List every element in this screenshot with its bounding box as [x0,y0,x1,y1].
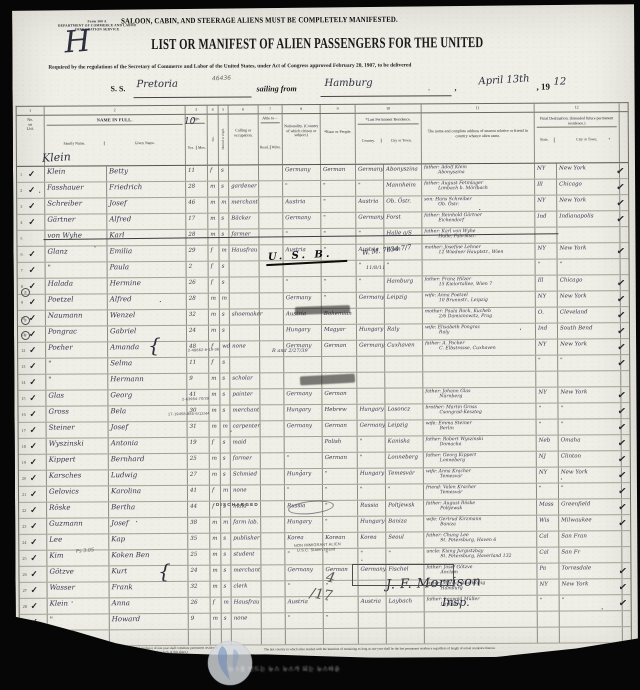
cell-age: 17 [186,214,208,229]
header-occupation: Calling or occupation. [229,114,259,164]
document-subtitle: Required by the regulations of the Secre… [48,62,500,71]
row-checkmark: ✓ [30,490,37,500]
cell-rw [262,581,286,596]
cell-race: " [323,501,358,516]
row-checkmark: ✓ [28,218,35,228]
column-number: 8 [283,105,321,113]
cell-rel: father: August FetmlagerLimbach b. Mörlb… [422,180,535,196]
cell-rchk [620,227,626,242]
header-age: Age. Yrs. Mos. [186,115,208,165]
cell-sex: m [209,310,220,325]
inspection-checkmark: ✓ [617,438,627,451]
cell-dcity: Indianapolis [557,211,620,226]
cell-race: " [321,197,356,212]
cell-dst: " [537,420,559,435]
cell-family [48,630,110,645]
cell-rw [260,389,284,404]
cell-sex: m [210,422,221,437]
cell-occ: Hausfrau [229,245,259,260]
cell-dcity: New York [559,467,622,482]
cell-ms: s [220,390,230,405]
cell-dcity: Omaha [559,435,622,450]
cell-family: von Wyhe [45,230,107,245]
cell-rw [260,261,284,276]
cell-rchk: ✓ [623,595,629,610]
cell-given: Selma [108,358,187,373]
cell-rchk: ✓ [621,339,627,354]
cell-given: Josef [109,518,188,533]
cell-rel: father: Georg KippertLonneberg [424,452,537,468]
row-checkmark: ✓ [30,458,37,468]
cell-family: Guzmann [47,518,109,533]
cell-sex: m [210,534,221,549]
row-checkmark: ✓ [28,202,35,212]
cell-no: 19✓ [19,455,47,470]
cell-rw [262,613,286,628]
cell-rel: wife: Anna Poetzel10 Brunnstr., Leipzig [423,292,536,308]
cell-ms: s [220,374,230,389]
cell-given: Josef [109,422,188,437]
header-destination-state: State. [535,138,555,143]
cell-occ: merchant [231,565,261,580]
header-family-name: Family Name. [45,141,105,146]
cell-rw [262,597,286,612]
cell-no: 10✓ [18,311,46,326]
cell-age: 41 [187,390,209,405]
cell-no: 11✓ [18,327,46,342]
cell-occ: clerk [232,581,262,596]
cell-resci: Cuxhaven [385,340,423,355]
header-destination-group: Final Destination. (Intended future perm… [535,112,620,163]
cell-rchk [621,371,627,386]
cell-sex: f [210,502,221,517]
cell-ms: s [219,230,229,245]
header-marital: Married or single. [219,115,229,165]
cell-dcity: Greenfield [559,499,622,514]
cell-no: 25✓ [19,551,47,566]
cell-rel: sister: Margarethe KönigHamburg [425,580,538,596]
cell-family: Halada [46,278,108,293]
cell-rchk: ✓ [621,275,627,290]
cell-resc: Korea [358,533,386,548]
inspection-checkmark: ✓ [617,470,627,483]
cell-sex: m [209,326,220,341]
cell-dcity: " [559,419,622,434]
cell-no: 2✓ [17,183,45,198]
cell-nat [284,373,322,388]
cell-rel: father: August RöskePoltjewsk [424,500,537,516]
manifest-rows: 1✓KleinBetty11fsGermanyGermanGermanyAbon… [17,163,631,647]
cell-occ: maid [231,501,261,516]
row-checkmark: ✓ [31,602,38,612]
header-residence-country: Country. [356,138,382,143]
row-checkmark: ✓ [29,362,36,372]
cell-family: Kim [47,550,109,565]
cell-occ: Schmied [231,469,261,484]
cell-ms: m [219,246,229,261]
cell-race: " [323,485,358,500]
cell-rw [261,469,285,484]
cell-occ: gardener [229,181,259,196]
cell-resc: " [357,277,385,292]
cell-race: " [324,613,359,628]
cell-family: Schreiber [45,198,107,213]
cell-given: Betty [107,166,186,181]
cell-dcity [558,371,621,386]
date-century: , 19 [536,82,550,92]
header-race: *Race or People. [321,114,356,164]
cell-dst: " [536,260,558,275]
cell-resc: Germany [357,341,385,356]
cell-occ: farmer [229,229,259,244]
cell-dcity: Torresdale [559,563,622,578]
manifest-table: 1 2 3 4 5 6 7 8 9 10 11 12 No. on List. … [16,102,632,647]
inspection-checkmark: ✓ [617,486,627,499]
cell-resc: Hungary [357,405,385,420]
ruled-line [321,95,452,97]
cell-resc: Russia [358,501,386,516]
cell-occ [229,165,259,180]
inspection-checkmark: ✓ [617,454,627,467]
cell-dst [538,612,560,627]
cell-dcity: San Fran [559,531,622,546]
cell-no: 23✓ [19,519,47,534]
cell-rel: mother: Josefine Lehner12 Wiedner Haupts… [422,244,535,260]
cell-dcity: Clinton [559,451,622,466]
cell-dst: " [536,356,558,371]
cell-rchk: ✓ [621,307,627,322]
cell-rw [260,325,284,340]
cell-nat: Germany [284,341,322,356]
cell-no: 21✓ [19,487,47,502]
cell-no: 9✓ [18,295,46,310]
cell-rchk: ✓ [621,323,627,338]
cell-age: 24 [187,326,209,341]
cell-given: Alfred [107,214,186,229]
cell-rel: wife: Anna KracherTemesvár [424,468,537,484]
cell-sex: m [208,182,219,197]
cell-ms: s [221,566,231,581]
cell-resci: Leipzig [385,292,423,307]
voyage-line: S. S. Pretoria sailing from Hamburg , Ap… [12,4,634,8]
cell-dst: NY [536,340,558,355]
cell-rchk: ✓ [622,451,628,466]
cell-ms: m [220,294,230,309]
cell-sex: f [209,278,220,293]
cell-rchk: ✓ [620,195,626,210]
cell-dst: " [538,596,560,611]
cell-rw [259,213,283,228]
cell-given: Anna [110,598,189,613]
column-number: 6 [229,105,259,113]
cell-resci: Mannheim [384,180,422,195]
cell-age: 29 [186,246,208,261]
footnote-right: The last country in which alien resided … [264,646,594,652]
cell-rw [259,197,283,212]
cell-no: 17✓ [19,423,47,438]
cell-dcity: " [558,355,621,370]
inspection-checkmark: ✓ [616,342,626,355]
cell-family: Karsches [47,470,109,485]
cell-no: 16✓ [18,407,46,422]
cell-rchk: ✓ [621,387,627,402]
port-of-departure: Hamburg [324,78,372,89]
cell-sex: f [209,342,220,357]
cell-no: 14✓ [18,375,46,390]
cell-given: Kap [109,534,188,549]
row-checkmark: ✓ [31,618,38,628]
cell-ms: s [220,262,230,277]
manifest-banner: SALOON, CABIN, AND STEERAGE ALIENS MUST … [121,16,421,26]
cell-no: 12✓ [18,343,46,358]
cell-resci: Wien [384,244,422,259]
cell-ms: m [221,486,231,501]
row-checkmark: ✓ [30,506,37,516]
cell-given: Howard [110,614,189,629]
cell-dst: Cal [537,548,559,563]
cell-resci: " [385,260,423,275]
cell-resci: Leipzig [386,420,424,435]
document-title: LIST OR MANIFEST OF ALIEN PASSENGERS FOR… [151,35,483,54]
cell-dst: Ill [535,180,557,195]
cell-sex: f [209,262,220,277]
cell-rchk: ✓ [620,179,626,194]
cell-resc: Austria [356,197,384,212]
cell-dst [536,372,558,387]
globe-watermark [207,640,253,686]
cell-given [110,630,189,645]
cell-no: 4✓ [17,215,45,230]
cell-family: Klein [45,166,107,181]
cell-resc: Germany [356,213,384,228]
cell-rel: father: A. PocherC. Elbstrasse, Cuxhaven [423,340,536,356]
cell-sex: m [210,566,221,581]
cell-occ: Bäcker [229,213,259,228]
cell-resci: Temesvár [386,468,424,483]
cell-family: Naumann [46,310,108,325]
cell-rw [261,421,285,436]
cell-race: " [321,181,356,196]
cell-dst: Mass [537,500,559,515]
cell-race: " [323,517,358,532]
cell-resc: Germany [357,293,385,308]
cell-race: German [322,389,357,404]
cell-sex: f [210,486,221,501]
cell-resci [385,388,423,403]
cell-no: 24✓ [19,535,47,550]
cell-occ: painter [230,389,260,404]
cell-sex: m [210,518,221,533]
cell-ms: s [222,582,232,597]
cell-nat: " [285,485,323,500]
margin-cell [620,112,626,162]
inspection-checkmark: ✓ [617,390,627,403]
cell-resc: Austria [359,597,387,612]
cell-given: Ludwig [109,470,188,485]
cell-ms: s [220,310,230,325]
cell-given: Antonia [109,438,188,453]
cell-resci [387,612,425,627]
cell-given: Karolina [109,486,188,501]
cell-rchk: ✓ [622,499,628,514]
cell-given: Gabriel [108,326,187,341]
cell-age: 32 [187,310,209,325]
cell-occ [230,277,260,292]
cell-resci: Halle a/S [384,228,422,243]
cell-given: Georg [108,390,187,405]
cell-nat: Korea [285,533,323,548]
cell-nat: Austria [286,597,324,612]
cell-family: Röske [47,502,109,517]
cell-resc: Hungary [358,517,386,532]
row-checkmark: ✓ [28,186,35,196]
cell-resc: Germany [358,421,386,436]
cell-race: German [323,421,358,436]
ship-name: Pretoria [136,79,177,90]
cell-dst: NJ [537,452,559,467]
cell-nat: Hungary [285,469,323,484]
cell-family: Gelovics [47,486,109,501]
cell-age: 46 [186,198,208,213]
cell-rchk [622,547,628,562]
cell-race: German [323,453,358,468]
cell-occ: merchant [229,197,259,212]
cell-occ: maid [231,437,261,452]
cell-dcity: " [558,259,621,274]
cell-rel: wife: Gertrud KirzmannBaniza [424,516,537,532]
cell-dst [538,628,560,643]
cell-rw [261,565,285,580]
cell-rw [259,229,283,244]
cell-rchk: ✓ [622,515,628,530]
cell-resc [359,613,387,628]
cell-rchk: ✓ [620,211,626,226]
row-checkmark: ✓ [30,426,37,436]
cell-rel [425,628,538,644]
cell-no: 3✓ [17,199,45,214]
table-header: No. on List. NAME IN FULL. Family Name. … [17,112,628,167]
cell-family: " [48,614,110,629]
cell-rw [261,485,285,500]
inspection-checkmark: ✓ [618,566,628,579]
cell-race: German [323,565,358,580]
column-number: 12 [535,103,620,112]
cell-dcity: New York [558,387,621,402]
row-checkmark: ✓ [28,170,35,180]
cell-sex: m [210,550,221,565]
cell-resci: Losoncz [385,404,423,419]
inspection-checkmark: ✓ [617,502,627,515]
cell-nat: Germany [283,165,321,180]
cell-resci: Seoul [386,532,424,547]
cell-family: Fasshauer [45,182,107,197]
cell-dcity [560,627,623,642]
cell-family: Wasser [48,582,110,597]
cell-ms: s [220,278,230,293]
cell-age: 28 [187,294,209,309]
cell-age: 32 [189,582,211,597]
inspection-checkmark: ✓ [615,198,625,211]
cell-nat [286,629,324,644]
cell-age: 28 [186,230,208,245]
cell-rel: friend: Valen KracherTemesvár [424,484,537,500]
cell-no: 1✓ [17,167,45,182]
cell-rel: wife: Emma SteinerBerlin [424,420,537,436]
cell-family: Gross [46,406,108,421]
cell-dcity: " [559,483,622,498]
row-checkmark: ✓ [31,586,38,596]
cell-dcity: Cleveland [558,307,621,322]
cell-race: " [323,469,358,484]
cell-resci: Raly [385,324,423,339]
cell-occ: farmer [231,453,261,468]
cell-rw [260,293,284,308]
cell-family: " [46,358,108,373]
header-residence-group: *Last Permanent Residence. Country. City… [356,113,422,163]
cell-rw [261,533,285,548]
cell-resci: Baniza [386,516,424,531]
header-sex: Sex. [208,115,219,165]
cell-resc: " [356,229,384,244]
inspection-checkmark: ✓ [616,326,626,339]
cell-given: Wenzel [108,310,187,325]
cell-rel: son: Hans SchreiberOb. Östr. [422,196,535,212]
row-checkmark: ✓ [29,282,36,292]
header-residence-city: City or Town. [382,138,421,143]
cell-sex: f [210,438,221,453]
manifest-sheet: Form 500 A DEPARTMENT OF COMMERCE AND LA… [12,4,638,660]
cell-dcity [557,227,620,242]
cell-age: 25 [188,454,210,469]
cell-dst: Neb [537,436,559,451]
cell-ms: m [222,598,232,613]
cell-nat: " [285,549,323,564]
cell-age: 2 [187,262,209,277]
cell-occ: Hausfrau [232,597,262,612]
cell-given: Hermine [108,278,187,293]
cell-nat: Germany [283,213,321,228]
cell-occ: shoemaker [230,309,260,324]
cell-rchk: ✓ [622,563,628,578]
cell-ms: s [220,406,230,421]
cell-age: 48 [187,342,209,357]
cell-resc [357,309,385,324]
row-checkmark: ✓ [29,410,36,420]
cell-sex: m [210,470,221,485]
scan-specks [12,8,13,9]
header-no: No. on List. [17,116,45,166]
cell-dcity: New York [557,195,620,210]
column-number: 9 [321,105,356,113]
cell-given: Bernhard [109,454,188,469]
cell-occ [230,325,260,340]
cell-dst: Ind [536,324,558,339]
cell-no: 18✓ [19,439,47,454]
cell-nat: " [286,581,324,596]
cell-race: Hebrew [322,405,357,420]
cell-resc: Hungary [357,325,385,340]
cell-resc: " [358,549,386,564]
sailing-from-label: sailing from [256,84,296,93]
cell-rel [423,372,536,388]
cell-rw [261,517,285,532]
cell-age: 9 [189,614,211,629]
cell-age: 27 [188,470,210,485]
cell-dst: Wis [537,516,559,531]
cell-race: Polish [323,437,358,452]
row-checkmark: ✓ [30,570,37,580]
cell-nat: " [286,613,324,628]
